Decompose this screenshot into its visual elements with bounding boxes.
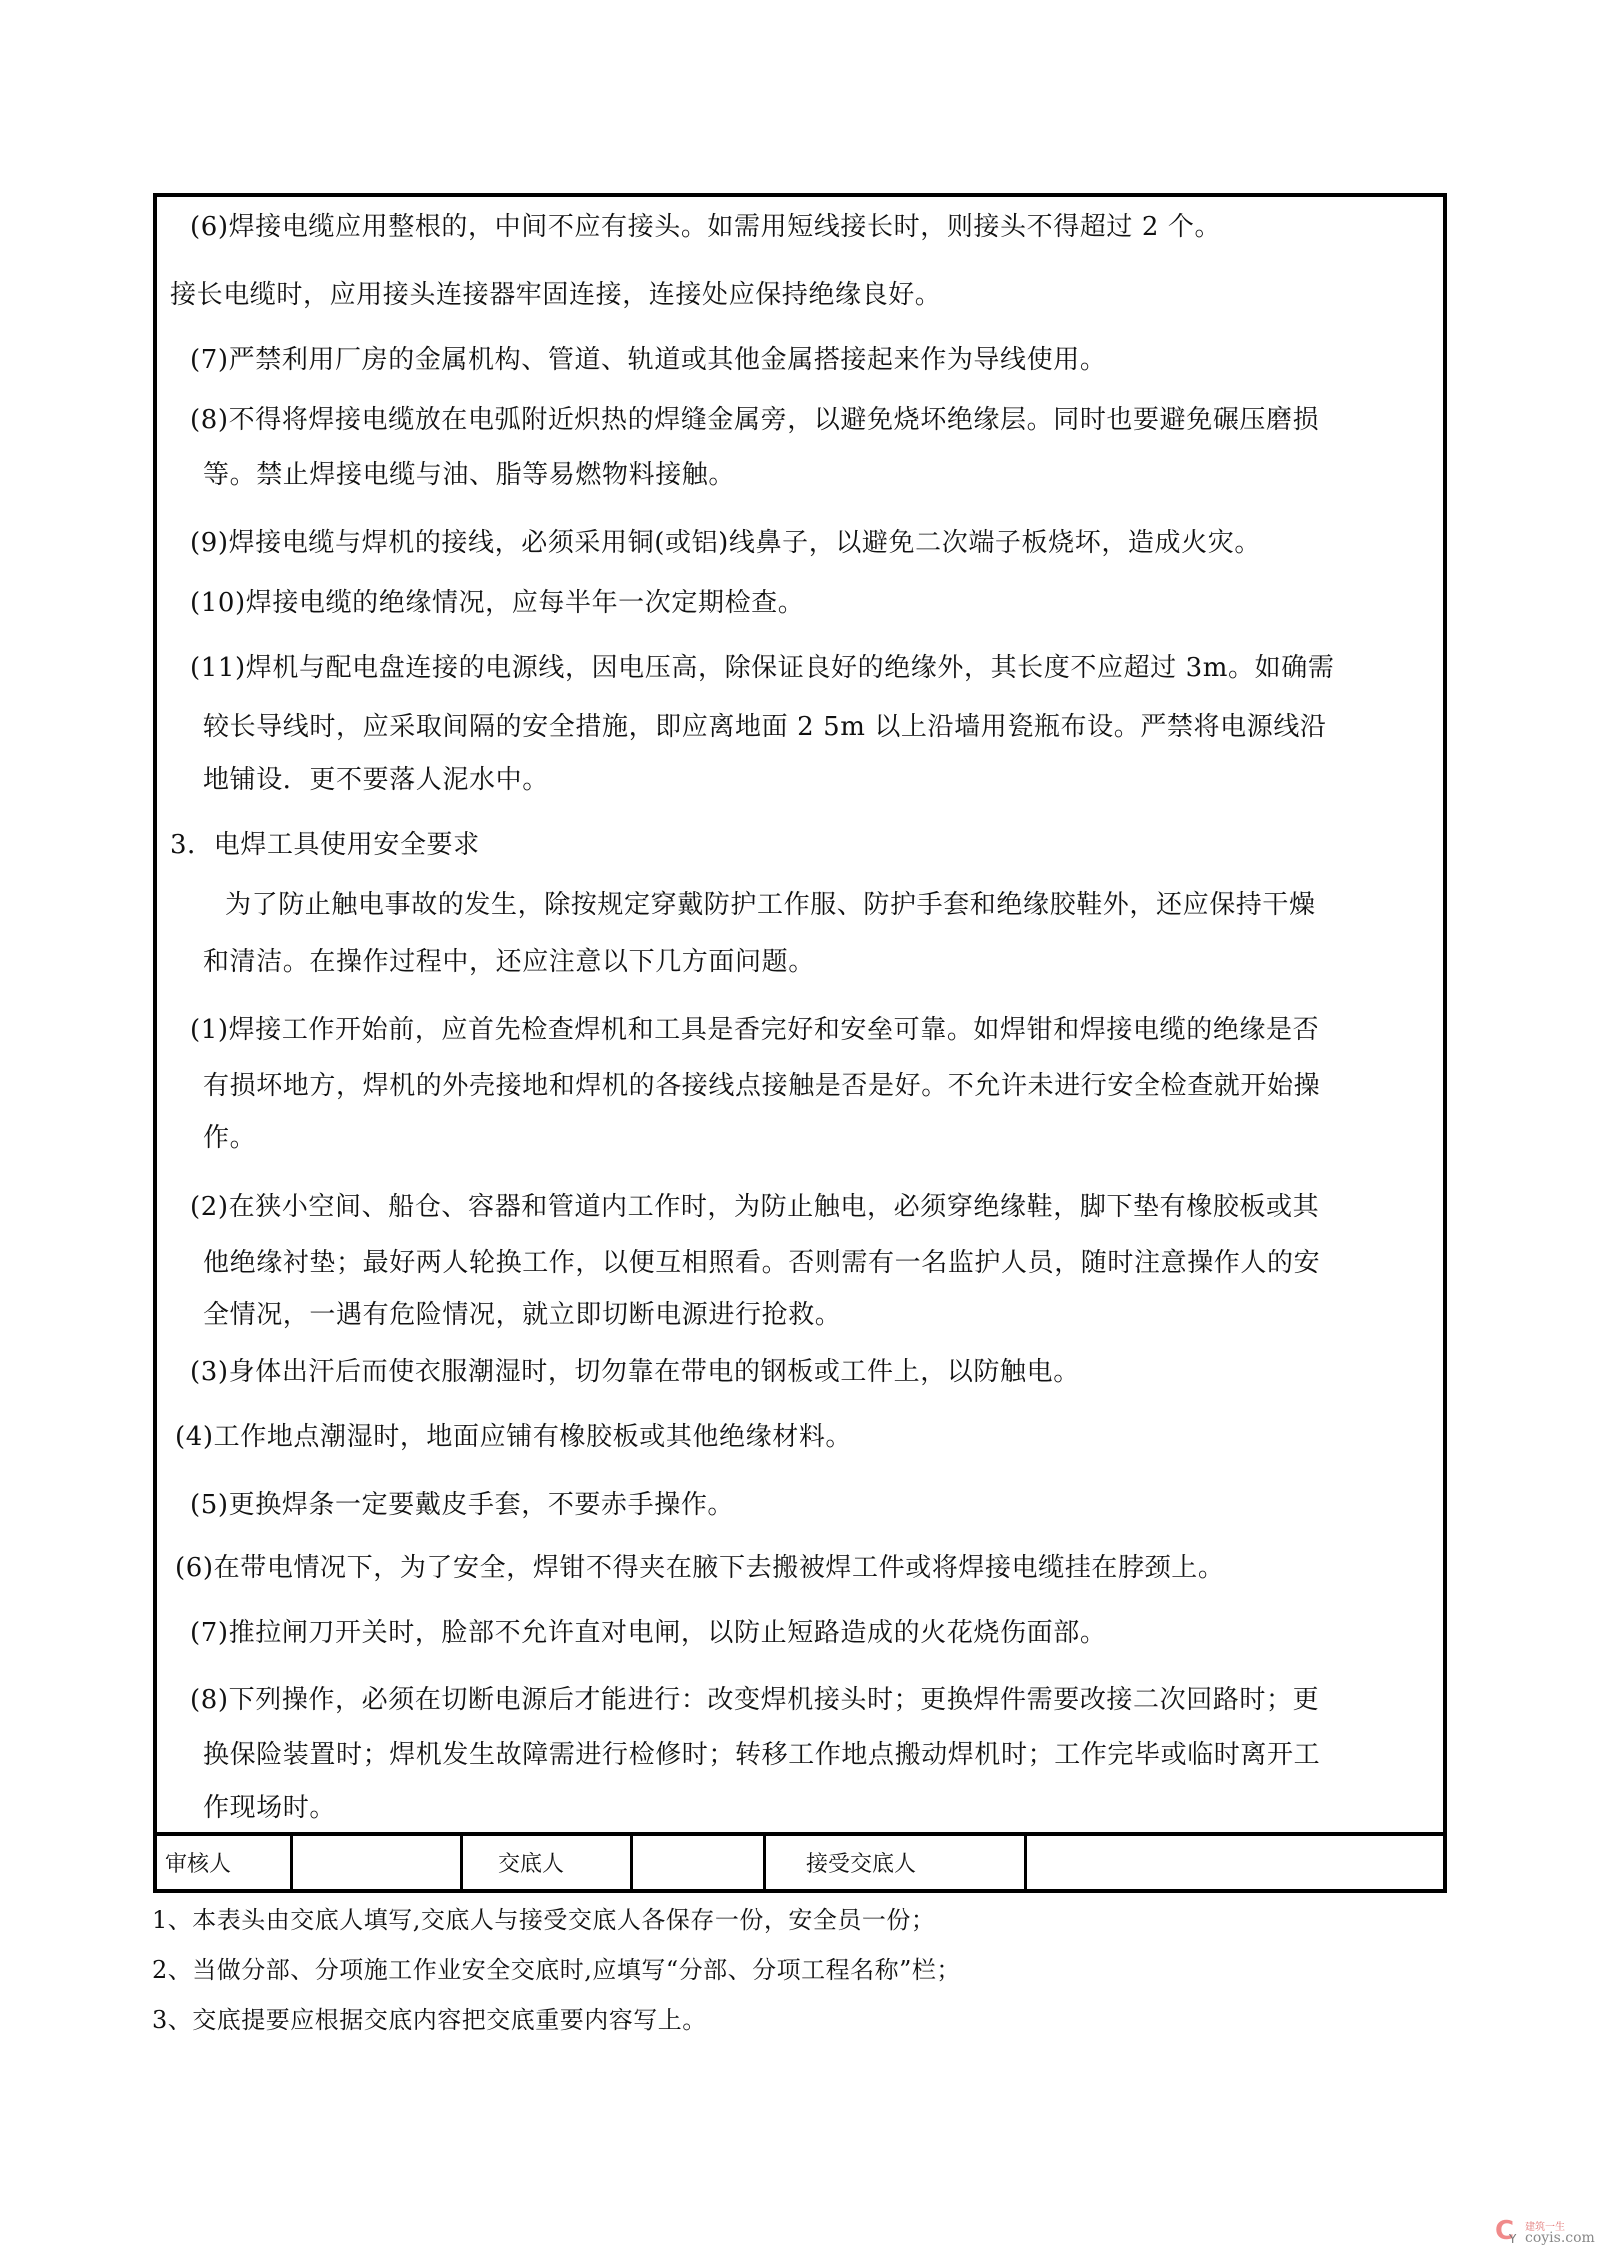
signature-label: 交底人 xyxy=(498,1836,564,1893)
body-line: (4)工作地点潮湿时，地面应铺有橡胶板或其他绝缘材料。 xyxy=(175,1422,852,1452)
body-line: (7)严禁利用厂房的金属机构、管道、轨道或其他金属搭接起来作为导线使用。 xyxy=(190,345,1106,375)
body-line: 3．电焊工具使用安全要求 xyxy=(170,830,480,860)
signature-label-cell: 审核人 xyxy=(153,1836,293,1893)
signature-label-cell: 交底人 xyxy=(463,1836,633,1893)
body-line: 换保险装置时；焊机发生故障需进行检修时；转移工作地点搬动焊机时；工作完毕或临时离… xyxy=(203,1740,1320,1770)
body-line: 和清洁。在操作过程中，还应注意以下几方面问题。 xyxy=(203,947,815,977)
body-line: (11)焊机与配电盘连接的电源线，因电压高，除保证良好的绝缘外，其长度不应超过 … xyxy=(190,653,1334,683)
body-line: (2)在狭小空间、船仓、容器和管道内工作时，为防止触电，必须穿绝缘鞋，脚下垫有橡… xyxy=(190,1192,1319,1222)
body-line: 接长电缆时，应用接头连接器牢固连接，连接处应保持绝缘良好。 xyxy=(170,280,941,310)
signature-input-cell[interactable] xyxy=(1027,1836,1447,1893)
body-line: 为了防止触电事故的发生，除按规定穿戴防护工作服、防护手套和绝缘胶鞋外，还应保持干… xyxy=(225,890,1316,920)
body-line: 较长导线时，应采取间隔的安全措施，即应离地面 2 5m 以上沿墙用瓷瓶布设。严禁… xyxy=(203,712,1327,742)
signature-label: 审核人 xyxy=(165,1836,231,1893)
signature-input-cell[interactable] xyxy=(293,1836,463,1893)
footnote: 1、本表头由交底人填写,交底人与接受交底人各保存一份，安全员一份； xyxy=(152,1905,935,1935)
body-line: (6)在带电情况下，为了安全，焊钳不得夹在腋下去搬被焊工件或将焊接电缆挂在脖颈上… xyxy=(175,1553,1224,1583)
body-line: 等。禁止焊接电缆与油、脂等易燃物料接触。 xyxy=(203,460,735,490)
body-line: 他绝缘衬垫；最好两人轮换工作，以便互相照看。否则需有一名监护人员，随时注意操作人… xyxy=(203,1248,1320,1278)
signature-label-cell: 接受交底人 xyxy=(766,1836,1027,1893)
body-line: (6)焊接电缆应用整根的，中间不应有接头。如需用短线接长时，则接头不得超过 2 … xyxy=(190,212,1221,242)
body-line: (3)身体出汗后而使衣服潮湿时，切勿靠在带电的钢板或工件上，以防触电。 xyxy=(190,1357,1080,1387)
signature-row: 审核人交底人接受交底人 xyxy=(153,1832,1447,1893)
footnote: 2、当做分部、分项施工作业安全交底时,应填写“分部、分项工程名称”栏； xyxy=(152,1955,961,1985)
signature-input-cell[interactable] xyxy=(633,1836,766,1893)
body-line: (8)下列操作，必须在切断电源后才能进行：改变焊机接头时；更换焊件需要改接二次回… xyxy=(190,1685,1319,1715)
body-line: (1)焊接工作开始前，应首先检查焊机和工具是香完好和安垒可靠。如焊钳和焊接电缆的… xyxy=(190,1015,1319,1045)
body-line: (5)更换焊条一定要戴皮手套，不要赤手操作。 xyxy=(190,1490,734,1520)
body-line: 地铺设．更不要落人泥水中。 xyxy=(203,765,549,795)
body-line: 全情况，一遇有危险情况，就立即切断电源进行抢救。 xyxy=(203,1300,841,1330)
body-line: 作。 xyxy=(203,1123,256,1153)
watermark: C Y 建筑一生 coyis.com xyxy=(1495,2218,1595,2248)
body-line: (9)焊接电缆与焊机的接线，必须采用铜(或铝)线鼻子，以避免二次端子板烧坏，造成… xyxy=(190,528,1261,558)
watermark-domain: coyis.com xyxy=(1525,2230,1595,2246)
body-line: (7)推拉闸刀开关时，脸部不允许直对电闸，以防止短路造成的火花烧伤面部。 xyxy=(190,1618,1106,1648)
body-line: (10)焊接电缆的绝缘情况，应每半年一次定期检查。 xyxy=(190,588,804,618)
footnote: 3、交底提要应根据交底内容把交底重要内容写上。 xyxy=(152,2005,707,2035)
watermark-logo-sub: Y xyxy=(1509,2232,1516,2246)
body-line: (8)不得将焊接电缆放在电弧附近炽热的焊缝金属旁，以避免烧坏绝缘层。同时也要避免… xyxy=(190,405,1319,435)
signature-label: 接受交底人 xyxy=(806,1836,916,1893)
body-line: 有损坏地方，焊机的外壳接地和焊机的各接线点接触是否是好。不允许未进行安全检查就开… xyxy=(203,1071,1320,1101)
body-line: 作现场时。 xyxy=(203,1793,336,1823)
